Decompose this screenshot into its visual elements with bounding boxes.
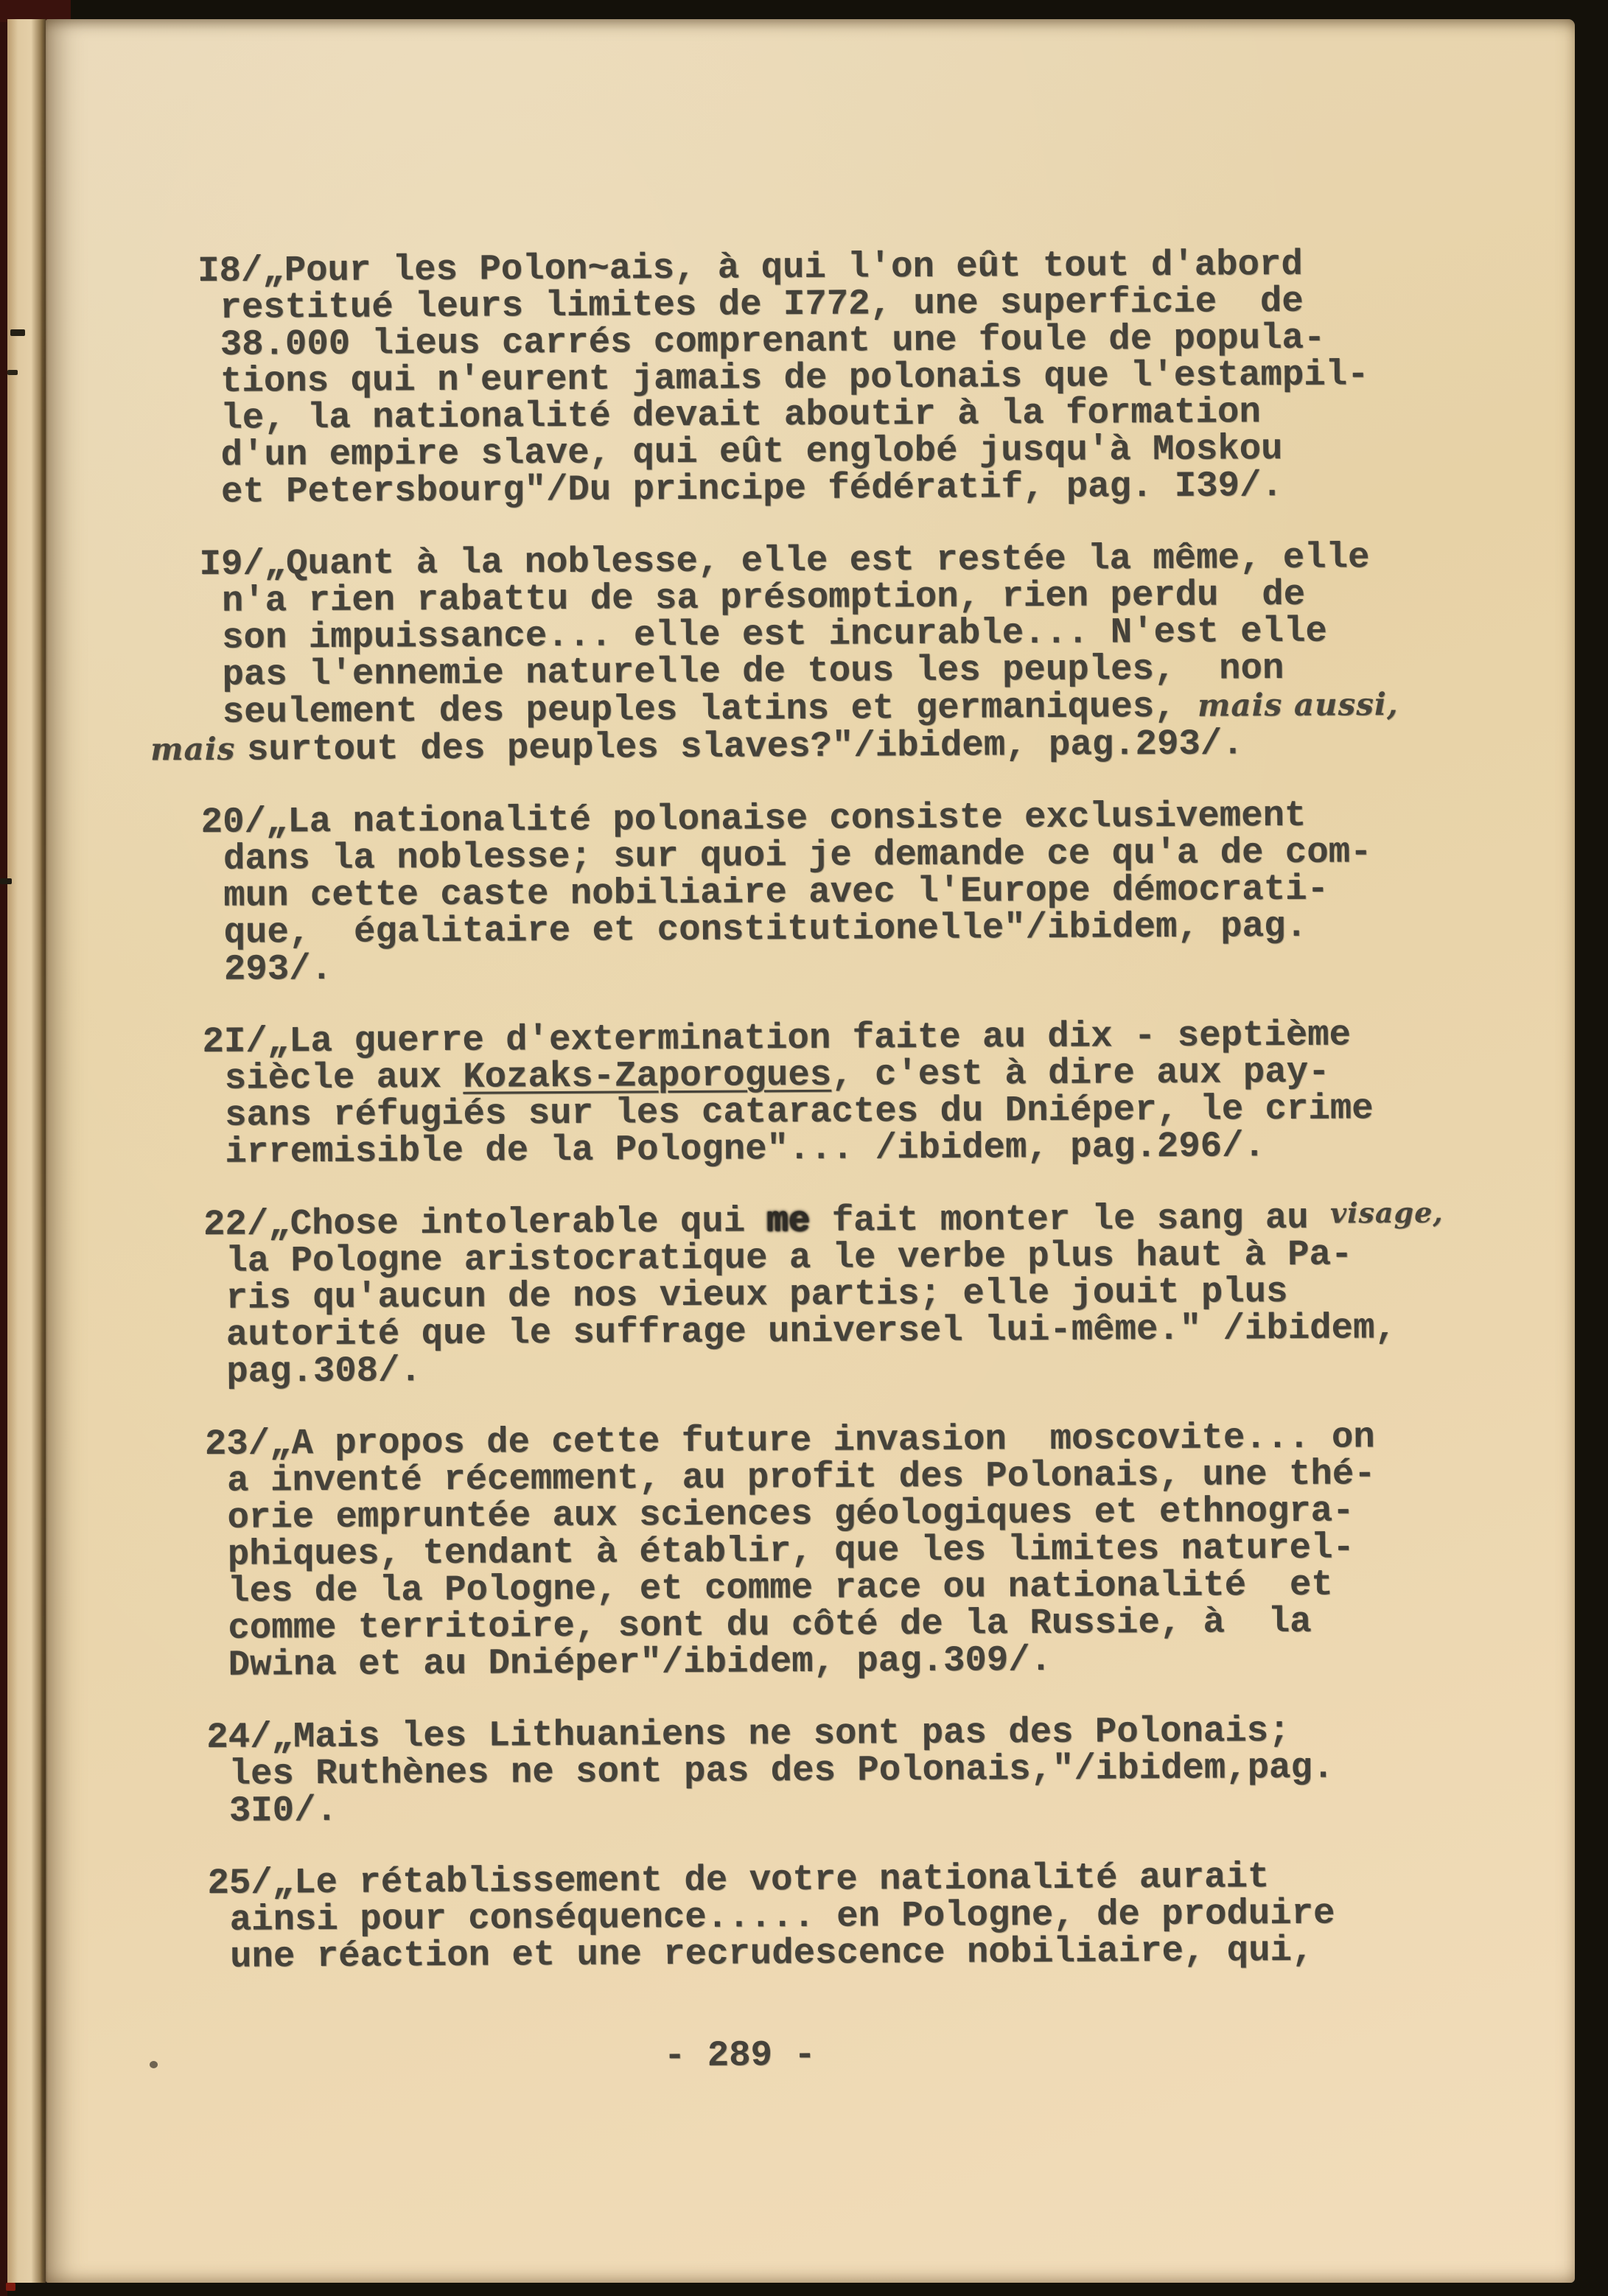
paragraph-25: 25/„Le rétablissement de votre nationali… (207, 1858, 1405, 1975)
paragraph-20: 20/„La nationalité polonaise consiste ex… (201, 797, 1399, 988)
text-line: que, égalitaire et constitutionelle"/ibi… (223, 907, 1399, 951)
text-line: comme territoire, sont du côté de la Rus… (228, 1603, 1403, 1647)
book-scan: { "colors":{ "paper":"#e9d5ac", "ink":"#… (0, 0, 1608, 2296)
edge-mark (7, 370, 18, 375)
paragraph-24: 24/„Mais les Lithuaniens ne sont pas des… (206, 1712, 1405, 1830)
typewritten-text-column: I8/„Pour les Polon~ais, à qui l'on eût t… (197, 245, 1406, 2011)
page-number: - 289 - (664, 2037, 816, 2074)
ink-speck (150, 2061, 158, 2068)
text-line: autorité que le suffrage universel lui-m… (226, 1309, 1402, 1354)
overtyped-word: me (766, 1200, 810, 1242)
page-edge-stack (7, 19, 46, 2283)
text-line: irremisible de la Pologne"... /ibidem, p… (225, 1127, 1400, 1171)
gutter-crease (41, 19, 46, 2283)
paragraph-22: 22/„Chose intolerable qui me fait monter… (203, 1199, 1402, 1390)
handwritten-note: mais aussi, (1198, 686, 1399, 724)
book-spine (0, 0, 7, 2296)
edge-mark (10, 329, 25, 336)
text-line: une réaction et une recrudescence nobili… (230, 1931, 1405, 1975)
handwritten-note: visage, (1330, 1196, 1444, 1230)
paragraph-23: 23/„A propos de cette future invasion mo… (205, 1418, 1404, 1684)
text-line: mais surtout des peuples slaves?"/ibidem… (150, 724, 1398, 769)
text-line: Dwina et au Dniéper"/ibidem, pag.309/. (228, 1639, 1404, 1684)
text-line: pag.308/. (226, 1346, 1402, 1390)
text-segment: surtout des peuples slaves?"/ibidem, pag… (247, 723, 1244, 770)
text-segment: siècle aux (225, 1057, 464, 1099)
edge-mark (0, 878, 12, 884)
paragraph-19: I9/„Quant à la noblesse, elle est restée… (199, 539, 1398, 769)
paragraph-18: I8/„Pour les Polon~ais, à qui l'on eût t… (197, 245, 1396, 511)
paragraph-21: 2I/„La guerre d'extermination faite au d… (202, 1016, 1400, 1171)
text-line: et Petersbourg"/Du principe fédératif, p… (221, 466, 1396, 511)
text-line: les Ruthènes ne sont pas des Polonais,"/… (228, 1749, 1404, 1793)
handwritten-margin-note: mais (150, 731, 247, 768)
cover-red-mark (6, 2283, 15, 2291)
